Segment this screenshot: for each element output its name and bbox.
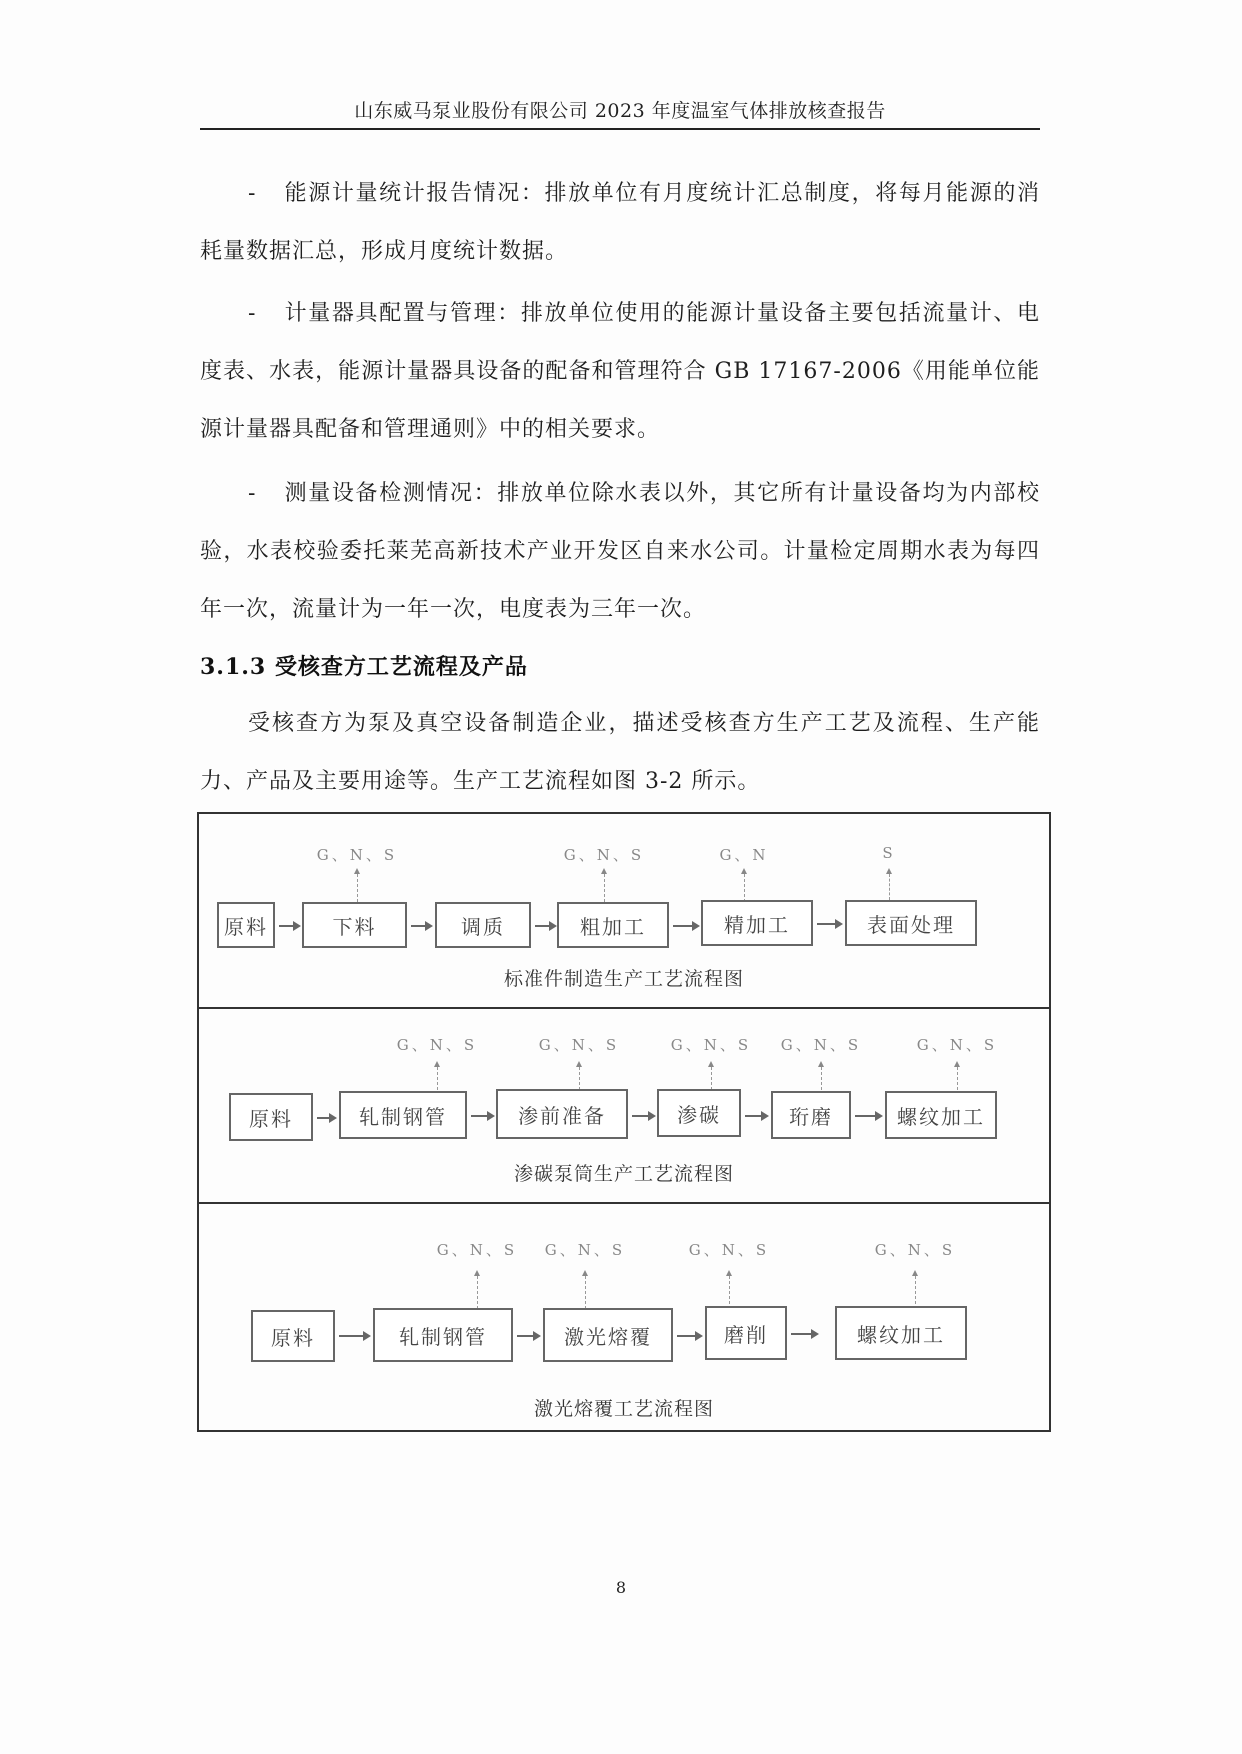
flow-arrow-icon bbox=[471, 1115, 493, 1117]
emission-label: G、N、S bbox=[781, 1034, 861, 1055]
emission-arrow-icon bbox=[744, 874, 745, 902]
flow-step: 渗碳 bbox=[657, 1089, 741, 1137]
section-body: 受核查方为泵及真空设备制造企业，描述受核查方生产工艺及流程、生产能力、产品及主要… bbox=[200, 695, 1040, 811]
flow-arrow-icon bbox=[673, 925, 698, 927]
flow-arrow-icon bbox=[855, 1115, 881, 1117]
flow-arrow-icon bbox=[632, 1115, 654, 1117]
flow-step: 轧制钢管 bbox=[339, 1091, 467, 1139]
flow-arrow-icon bbox=[535, 925, 555, 927]
emission-label: G、N、S bbox=[671, 1034, 751, 1055]
bullet-dash: - bbox=[248, 165, 284, 223]
emission-label: G、N、S bbox=[539, 1034, 619, 1055]
emission-label: G、N、S bbox=[437, 1239, 517, 1260]
document-page: 山东威马泵业股份有限公司 2023 年度温室气体排放核查报告 -能源计量统计报告… bbox=[0, 0, 1242, 1754]
flow-step: 调质 bbox=[435, 902, 531, 948]
flow-arrow-icon bbox=[791, 1333, 817, 1335]
bullet-dash: - bbox=[248, 285, 284, 343]
flow-panel-laser-cladding: G、N、S G、N、S G、N、S G、N、S 原料 轧制钢管 激光熔覆 磨削 … bbox=[199, 1202, 1049, 1432]
flow-arrow-icon bbox=[339, 1335, 369, 1337]
flow-step: 激光熔覆 bbox=[543, 1308, 673, 1362]
flow-step: 粗加工 bbox=[557, 902, 669, 948]
emission-label: G、N bbox=[719, 844, 768, 865]
flow-arrow-icon bbox=[317, 1117, 335, 1119]
flow-arrow-icon bbox=[817, 923, 841, 925]
paragraph-meter-calibration: -测量设备检测情况：排放单位除水表以外，其它所有计量设备均为内部校验，水表校验委… bbox=[200, 465, 1040, 639]
flow-step: 螺纹加工 bbox=[885, 1091, 997, 1139]
flow-step: 下料 bbox=[302, 902, 407, 948]
flow-step: 原料 bbox=[251, 1310, 335, 1362]
flow-step: 渗前准备 bbox=[496, 1089, 628, 1139]
emission-label: G、N、S bbox=[564, 844, 644, 865]
flow-step: 精加工 bbox=[701, 900, 813, 946]
running-header: 山东威马泵业股份有限公司 2023 年度温室气体排放核查报告 bbox=[200, 96, 1040, 123]
bullet-dash: - bbox=[248, 465, 284, 523]
flow-arrow-icon bbox=[745, 1115, 767, 1117]
flow-step: 磨削 bbox=[705, 1306, 787, 1360]
emission-label: G、N、S bbox=[545, 1239, 625, 1260]
paragraph-text: 测量设备检测情况：排放单位除水表以外，其它所有计量设备均为内部校验，水表校验委托… bbox=[200, 481, 1040, 622]
emission-arrow-icon bbox=[604, 874, 605, 902]
emission-label: G、N、S bbox=[917, 1034, 997, 1055]
flow-caption: 激光熔覆工艺流程图 bbox=[199, 1394, 1049, 1421]
process-flow-figure: G、N、S G、N、S G、N S 原料 下料 调质 粗加工 精加工 表面处理 … bbox=[197, 812, 1051, 1432]
emission-label: S bbox=[882, 844, 895, 862]
paragraph-energy-statistics: -能源计量统计报告情况：排放单位有月度统计汇总制度，将每月能源的消耗量数据汇总，… bbox=[200, 165, 1040, 281]
flow-caption: 渗碳泵筒生产工艺流程图 bbox=[199, 1159, 1049, 1186]
flow-arrow-icon bbox=[411, 925, 431, 927]
emission-arrow-icon bbox=[357, 874, 358, 902]
emission-label: G、N、S bbox=[317, 844, 397, 865]
emission-arrow-icon bbox=[889, 874, 890, 900]
paragraph-meter-configuration: -计量器具配置与管理：排放单位使用的能源计量设备主要包括流量计、电度表、水表，能… bbox=[200, 285, 1040, 459]
page-number: 8 bbox=[0, 1578, 1242, 1597]
flow-step: 螺纹加工 bbox=[835, 1306, 967, 1360]
flow-panel-carburized-pump-barrel: G、N、S G、N、S G、N、S G、N、S G、N、S 原料 轧制钢管 渗前… bbox=[199, 1007, 1049, 1202]
flow-arrow-icon bbox=[517, 1335, 539, 1337]
flow-step: 轧制钢管 bbox=[373, 1308, 513, 1362]
paragraph-text: 计量器具配置与管理：排放单位使用的能源计量设备主要包括流量计、电度表、水表，能源… bbox=[200, 301, 1040, 442]
flow-step: 表面处理 bbox=[845, 900, 977, 946]
flow-arrow-icon bbox=[677, 1335, 701, 1337]
flow-panel-standard-parts: G、N、S G、N、S G、N S 原料 下料 调质 粗加工 精加工 表面处理 … bbox=[199, 814, 1049, 1007]
flow-step: 原料 bbox=[217, 902, 275, 948]
section-heading: 3.1.3 受核查方工艺流程及产品 bbox=[200, 650, 528, 681]
emission-label: G、N、S bbox=[875, 1239, 955, 1260]
header-rule bbox=[200, 128, 1040, 130]
flow-caption: 标准件制造生产工艺流程图 bbox=[199, 964, 1049, 991]
flow-step: 原料 bbox=[229, 1093, 313, 1141]
flow-arrow-icon bbox=[279, 925, 299, 927]
paragraph-text: 能源计量统计报告情况：排放单位有月度统计汇总制度，将每月能源的消耗量数据汇总，形… bbox=[200, 181, 1040, 264]
emission-label: G、N、S bbox=[397, 1034, 477, 1055]
flow-step: 珩磨 bbox=[771, 1091, 851, 1139]
emission-label: G、N、S bbox=[689, 1239, 769, 1260]
